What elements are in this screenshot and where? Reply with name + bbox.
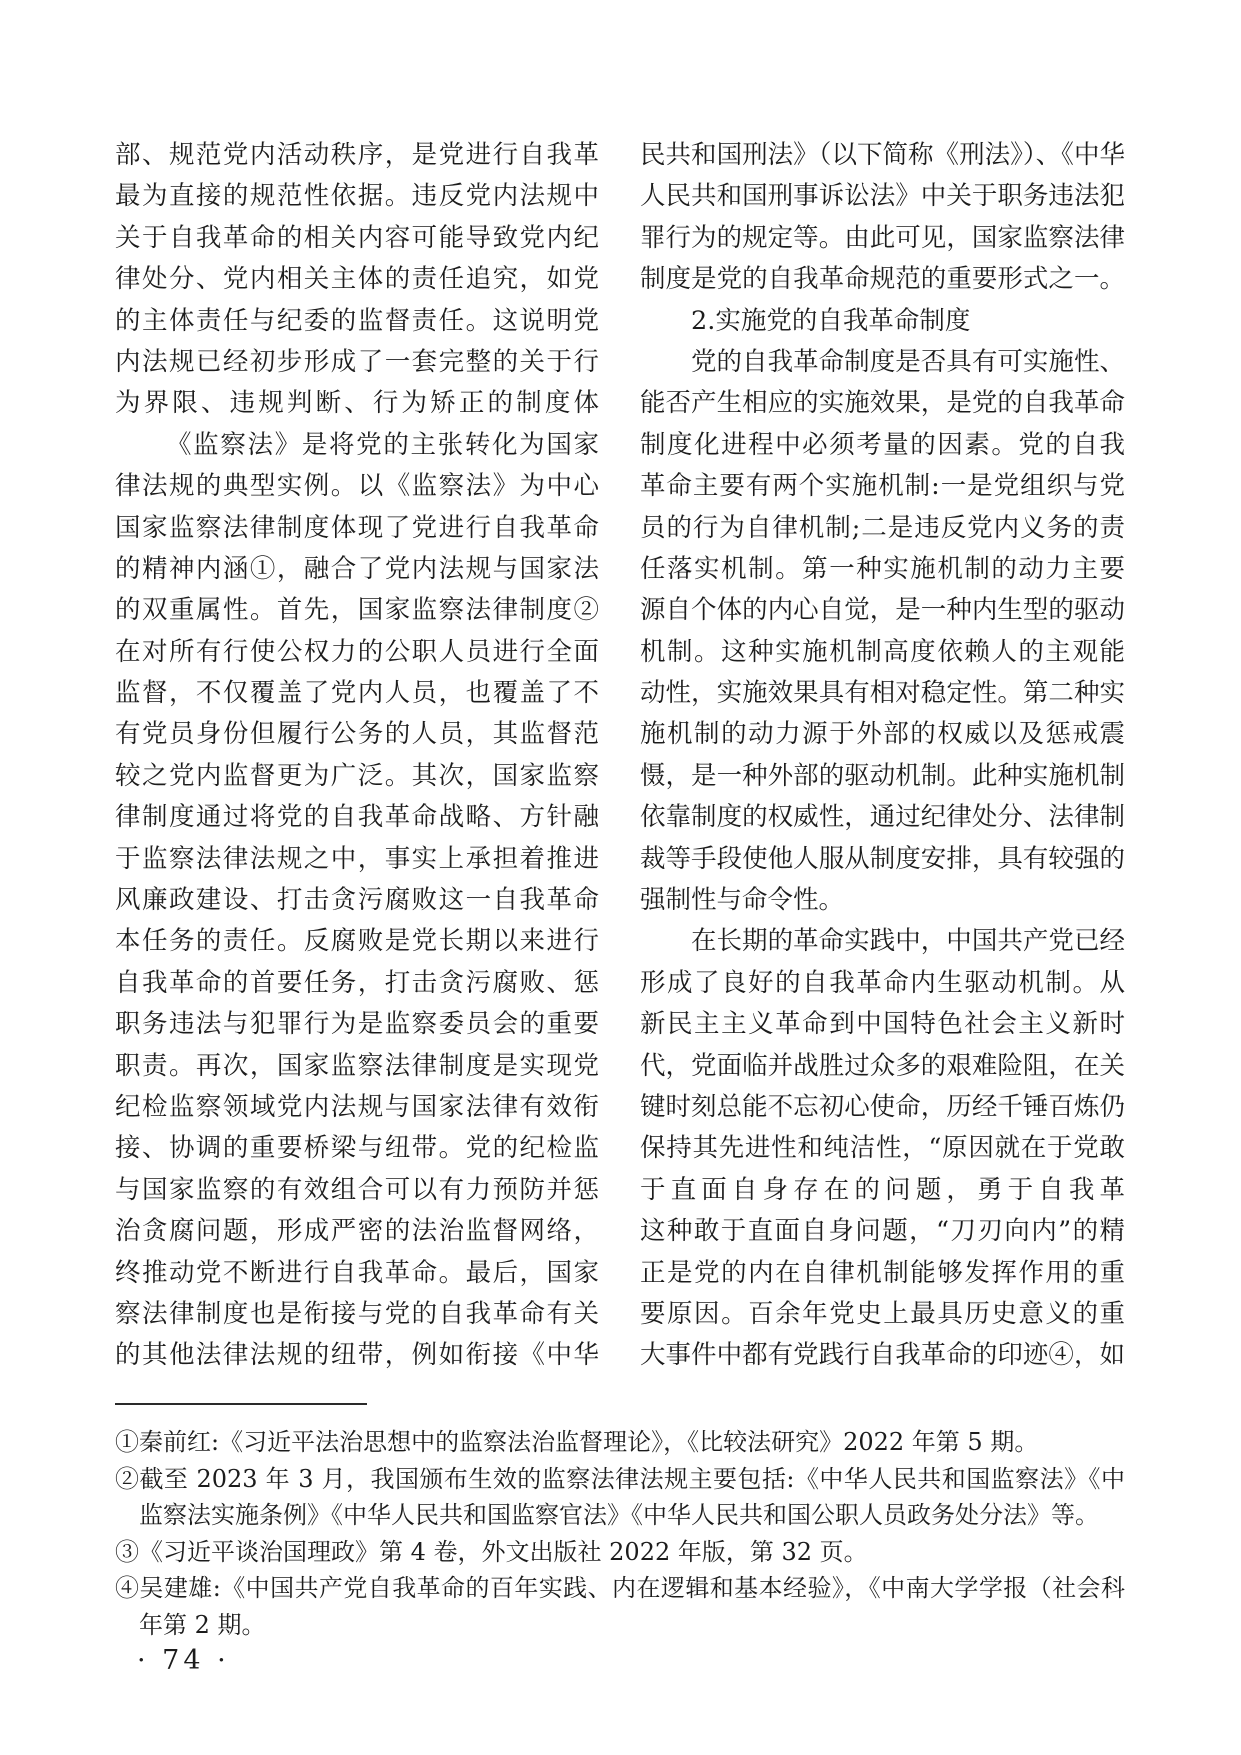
footnote-line: 监察法实施条例》《中华人民共和国监察官法》《中华人民共和国公职人员政务处分法》等… — [115, 1497, 1125, 1534]
body-text-line: 大事件中都有党践行自我革命的印迹④，如 — [640, 1335, 1125, 1376]
body-text-line: 关于自我革命的相关内容可能导致党内纪 — [115, 218, 599, 259]
body-text-line: 自我革命的首要任务，打击贪污腐败、惩治 — [115, 963, 599, 1004]
body-text-line: 员的行为自律机制;二是违反党内义务的责 — [640, 508, 1125, 549]
body-text-line: 纪检监察领域党内法规与国家法律有效衔 — [115, 1087, 599, 1128]
body-text-line: 革命主要有两个实施机制:一是党组织与党 — [640, 466, 1125, 507]
body-text-line: 保持其先进性和纯洁性，“原因就在于党敢 — [640, 1128, 1125, 1169]
body-text-line: 国家监察法律制度体现了党进行自我革命 — [115, 508, 599, 549]
right-column: 民共和国刑法》（以下简称《刑法》）、《中华人民共和国刑事诉讼法》中关于职务违法犯… — [640, 135, 1125, 1377]
footnote-line: ①秦前红:《习近平法治思想中的监察法治监督理论》，《比较法研究》2022 年第 … — [115, 1424, 1125, 1461]
body-text-line: 律法规的典型实例。以《监察法》为中心的 — [115, 466, 599, 507]
body-text-line: 接、协调的重要桥梁与纽带。党的纪检监察 — [115, 1128, 599, 1169]
body-text-line: 的双重属性。首先，国家监察法律制度②旨 — [115, 590, 599, 631]
body-text-line: 本任务的责任。反腐败是党长期以来进行 — [115, 921, 599, 962]
body-text-line: 监督，不仅覆盖了党内人员，也覆盖了不具 — [115, 673, 599, 714]
footnote-line: 年第 2 期。 — [115, 1607, 1125, 1644]
body-text-line: 于监察法律法规之中，事实上承担着推进党 — [115, 839, 599, 880]
body-text-line: 察法律制度也是衔接与党的自我革命有关 — [115, 1294, 599, 1335]
body-text-line: 律制度通过将党的自我革命战略、方针融贯 — [115, 797, 599, 838]
body-text-line: 为界限、违规判断、行为矫正的制度体系。 — [115, 383, 599, 424]
footnote-line: ④吴建雄:《中国共产党自我革命的百年实践、内在逻辑和基本经验》，《中南大学学报（… — [115, 1570, 1125, 1607]
body-text-line: 的精神内涵①，融合了党内法规与国家法律 — [115, 549, 599, 590]
body-text-line: 于直面自身存在的问题，勇于自我革命”③。 — [640, 1170, 1125, 1211]
body-text-line: 源自个体的内心自觉，是一种内生型的驱动 — [640, 590, 1125, 631]
body-text-line: 较之党内监督更为广泛。其次，国家监察法 — [115, 756, 599, 797]
body-text-line: 内法规已经初步形成了一套完整的关于行 — [115, 342, 599, 383]
footnote-line: ③《习近平谈治国理政》第 4 卷，外文出版社 2022 年版，第 32 页。 — [115, 1534, 1125, 1571]
body-text-line: 任落实机制。第一种实施机制的动力主要 — [640, 549, 1125, 590]
body-text-line: 党的自我革命制度是否具有可实施性、 — [640, 342, 1125, 383]
body-text-line: 正是党的内在自律机制能够发挥作用的重 — [640, 1253, 1125, 1294]
body-text-line: 与国家监察的有效组合可以有力预防并惩 — [115, 1170, 599, 1211]
body-text-line: 能否产生相应的实施效果，是党的自我革命 — [640, 383, 1125, 424]
body-text-line: 民共和国刑法》（以下简称《刑法》）、《中华 — [640, 135, 1125, 176]
body-text-line: 形成了良好的自我革命内生驱动机制。从 — [640, 963, 1125, 1004]
body-text-line: 强制性与命令性。 — [640, 880, 1125, 921]
body-text-line: 键时刻总能不忘初心使命，历经千锤百炼仍 — [640, 1087, 1125, 1128]
body-text-line: 机制。这种实施机制高度依赖人的主观能 — [640, 632, 1125, 673]
body-text-line: 制度化进程中必须考量的因素。党的自我 — [640, 425, 1125, 466]
footnote-line: ②截至 2023 年 3 月，我国颁布生效的监察法律法规主要包括:《中华人民共和… — [115, 1461, 1125, 1498]
body-text-line: 最为直接的规范性依据。违反党内法规中 — [115, 176, 599, 217]
body-text-line: 2.实施党的自我革命制度 — [640, 301, 1125, 342]
body-text-line: 动性，实施效果具有相对稳定性。第二种实 — [640, 673, 1125, 714]
body-text-line: 罪行为的规定等。由此可见，国家监察法律 — [640, 218, 1125, 259]
body-text-line: 代，党面临并战胜过众多的艰难险阻，在关 — [640, 1046, 1125, 1087]
journal-page: 部、规范党内活动秩序，是党进行自我革命最为直接的规范性依据。违反党内法规中关于自… — [0, 0, 1241, 1755]
body-text-line: 的主体责任与纪委的监督责任。这说明党 — [115, 301, 599, 342]
footnote-separator — [115, 1403, 367, 1405]
body-text-line: 慑，是一种外部的驱动机制。此种实施机制 — [640, 756, 1125, 797]
body-text-line: 制度是党的自我革命规范的重要形式之一。 — [640, 259, 1125, 300]
body-text-line: 施机制的动力源于外部的权威以及惩戒震 — [640, 714, 1125, 755]
body-text: 部、规范党内活动秩序，是党进行自我革命最为直接的规范性依据。违反党内法规中关于自… — [115, 135, 1125, 1377]
body-text-line: 这种敢于直面自身问题，“刀刃向内”的精神 — [640, 1211, 1125, 1252]
body-text-line: 新民主主义革命到中国特色社会主义新时 — [640, 1004, 1125, 1045]
body-text-line: 在长期的革命实践中，中国共产党已经 — [640, 921, 1125, 962]
body-text-line: 律处分、党内相关主体的责任追究，如党委 — [115, 259, 599, 300]
body-text-line: 职责。再次，国家监察法律制度是实现党的 — [115, 1046, 599, 1087]
body-text-line: 在对所有行使公权力的公职人员进行全面 — [115, 632, 599, 673]
body-text-line: 终推动党不断进行自我革命。最后，国家监 — [115, 1253, 599, 1294]
body-text-line: 人民共和国刑事诉讼法》中关于职务违法犯 — [640, 176, 1125, 217]
body-text-line: 有党员身份但履行公务的人员，其监督范围 — [115, 714, 599, 755]
body-text-line: 的其他法律法规的纽带，例如衔接《中华人 — [115, 1335, 599, 1376]
footnotes: ①秦前红:《习近平法治思想中的监察法治监督理论》，《比较法研究》2022 年第 … — [115, 1424, 1125, 1644]
body-text-line: 部、规范党内活动秩序，是党进行自我革命 — [115, 135, 599, 176]
body-text-line: 裁等手段使他人服从制度安排，具有较强的 — [640, 839, 1125, 880]
body-text-line: 要原因。百余年党史上最具历史意义的重 — [640, 1294, 1125, 1335]
page-number: · 74 · — [137, 1645, 230, 1676]
body-text-line: 职务违法与犯罪行为是监察委员会的重要 — [115, 1004, 599, 1045]
left-column: 部、规范党内活动秩序，是党进行自我革命最为直接的规范性依据。违反党内法规中关于自… — [115, 135, 599, 1377]
body-text-line: 风廉政建设、打击贪污腐败这一自我革命基 — [115, 880, 599, 921]
body-text-line: 《监察法》是将党的主张转化为国家法 — [115, 425, 599, 466]
body-text-line: 治贪腐问题，形成严密的法治监督网络，最 — [115, 1211, 599, 1252]
body-text-line: 依靠制度的权威性，通过纪律处分、法律制 — [640, 797, 1125, 838]
